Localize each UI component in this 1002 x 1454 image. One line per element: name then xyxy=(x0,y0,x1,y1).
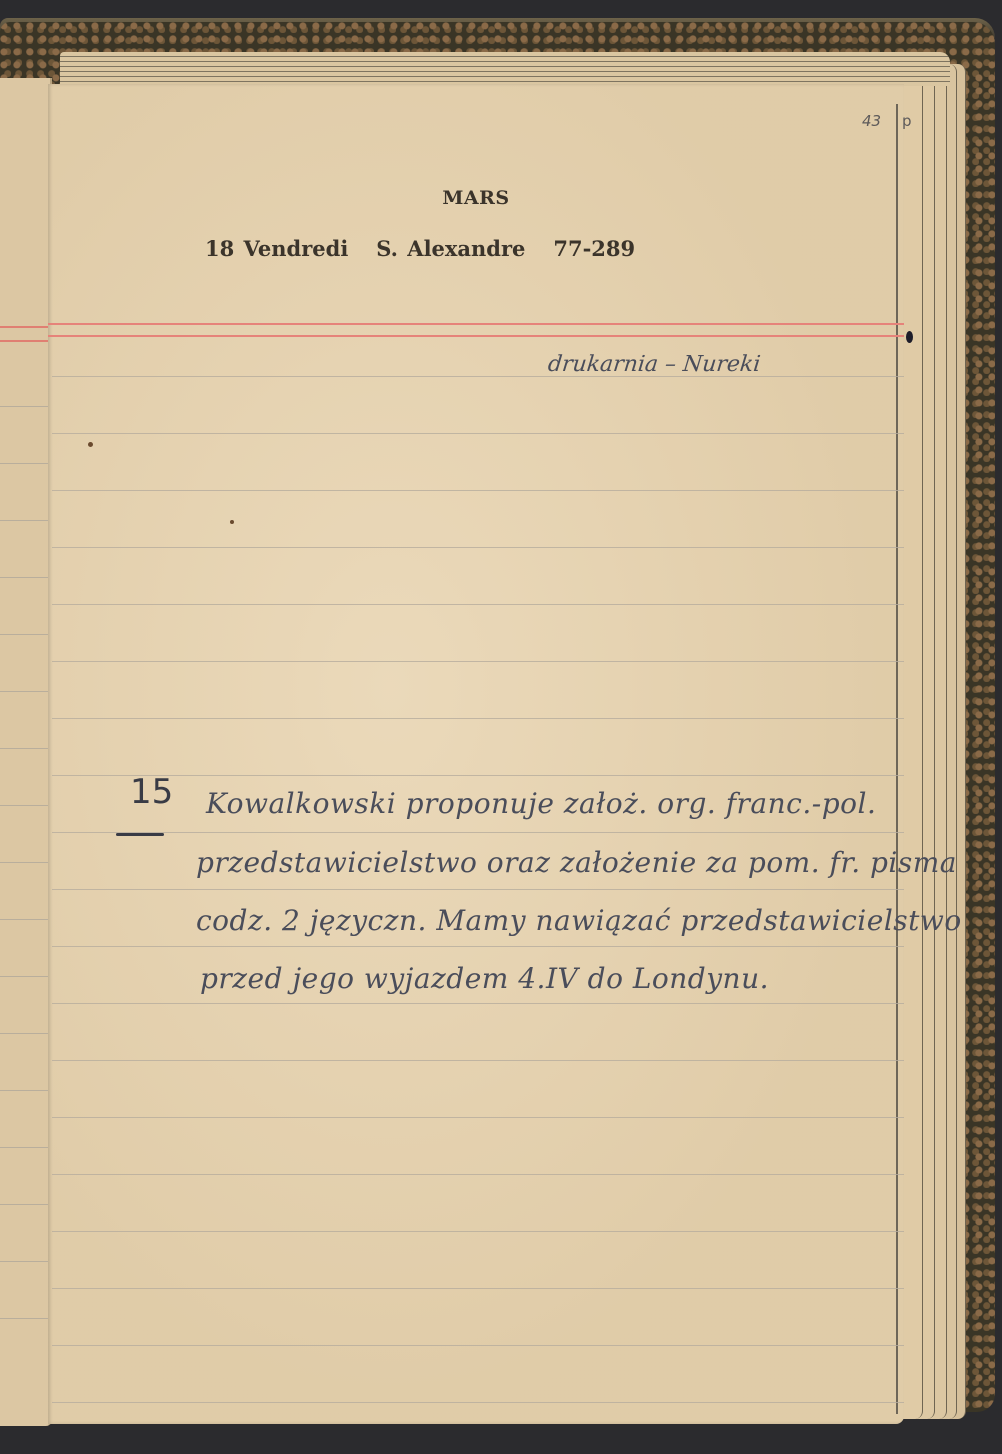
paper-spot xyxy=(230,520,234,524)
ruled-line xyxy=(0,463,50,464)
ruled-line xyxy=(52,889,904,890)
ruled-line xyxy=(52,661,904,662)
ruled-line xyxy=(52,1345,904,1346)
ruled-line xyxy=(52,376,904,377)
ruled-line xyxy=(52,1117,904,1118)
ruled-line xyxy=(0,406,50,407)
ruled-line xyxy=(52,1288,904,1289)
entry-line: Kowalkowski proponuje założ. org. franc.… xyxy=(206,787,876,820)
ruled-line xyxy=(52,946,904,947)
ruled-line xyxy=(0,1318,50,1319)
entry-number: 15 xyxy=(130,772,173,812)
folio-suffix: p xyxy=(902,112,912,130)
ruled-line xyxy=(0,1147,50,1148)
ruled-line xyxy=(0,1090,50,1091)
ruled-line xyxy=(0,634,50,635)
ruled-line xyxy=(0,976,50,977)
ruled-line xyxy=(0,919,50,920)
ruled-line xyxy=(52,1003,904,1004)
ruled-line xyxy=(0,577,50,578)
paper-spot xyxy=(88,442,93,447)
date-line: 18 Vendredi S. Alexandre 77-289 xyxy=(205,236,635,261)
ruled-line xyxy=(0,862,50,863)
ruled-line xyxy=(0,691,50,692)
ruled-line xyxy=(52,433,904,434)
ruled-line xyxy=(0,1204,50,1205)
red-rule xyxy=(0,340,50,342)
ruled-line xyxy=(52,547,904,548)
ruled-line xyxy=(52,775,904,776)
folio-number: 43 xyxy=(862,112,881,130)
ruled-line xyxy=(52,1402,904,1403)
entry-line: codz. 2 języczn. Mamy nawiązać przedstaw… xyxy=(196,904,962,937)
ruled-line xyxy=(52,1060,904,1061)
ruled-line xyxy=(52,1231,904,1232)
page-edge-line xyxy=(896,104,898,1414)
entry-line: przedstawicielstwo oraz założenie za pom… xyxy=(196,846,957,879)
ruled-line xyxy=(0,520,50,521)
ruled-line xyxy=(0,1261,50,1262)
ruled-line xyxy=(52,490,904,491)
ruled-line xyxy=(52,1174,904,1175)
diary-page: 43 p MARS 18 Vendredi S. Alexandre 77-28… xyxy=(48,84,904,1424)
ruled-line xyxy=(52,832,904,833)
red-header-rule xyxy=(48,335,904,337)
ruled-line xyxy=(52,604,904,605)
ruled-line xyxy=(0,1033,50,1034)
ruled-line xyxy=(52,718,904,719)
entry-line: przed jego wyjazdem 4.IV do Londynu. xyxy=(200,962,769,995)
ruled-line xyxy=(0,748,50,749)
left-facing-page xyxy=(0,78,52,1426)
page-stack-top xyxy=(60,52,950,86)
ruled-line xyxy=(0,805,50,806)
red-rule xyxy=(0,326,50,328)
entry-number-underline xyxy=(116,833,164,836)
ink-blot xyxy=(906,331,913,343)
handwritten-note-top: drukarnia – Nureki xyxy=(547,352,762,377)
red-header-rule xyxy=(48,323,904,325)
month-heading: MARS xyxy=(48,187,904,209)
